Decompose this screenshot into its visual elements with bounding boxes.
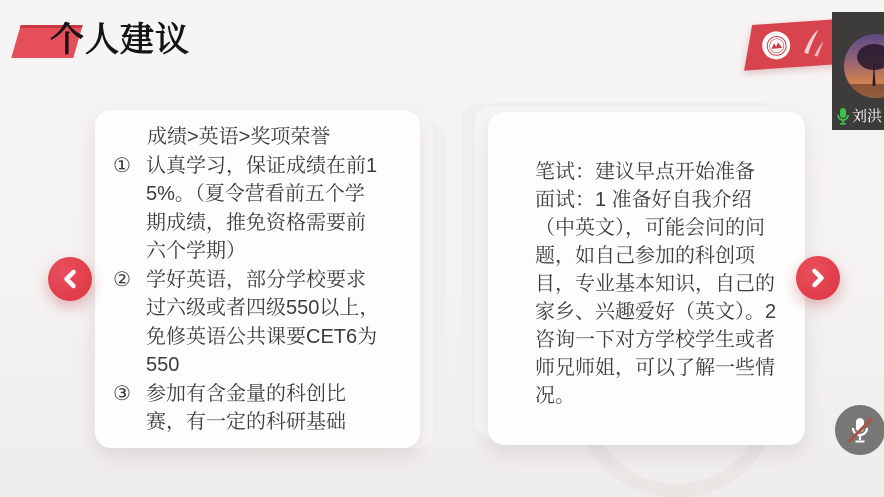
list-item-number: ②	[113, 266, 146, 380]
tree-landscape-image	[844, 34, 884, 98]
participant-avatar	[844, 34, 884, 98]
chevron-right-icon	[809, 267, 827, 289]
prev-slide-button[interactable]	[48, 257, 92, 301]
list-item: ② 学好英语，部分学校要求过六级或者四级550以上，免修英语公共课要CET6为5…	[113, 266, 400, 380]
list-item: ③ 参加有含金量的科创比赛，有一定的科研基础	[113, 380, 400, 437]
participant-name: 刘洪	[852, 105, 882, 126]
slide-canvas: 个人建议	[0, 0, 884, 497]
interview-card-right: 笔试：建议早点开始准备 面试：1 准备好自我介绍（中英文），可能会问的问题，如自…	[488, 112, 805, 445]
mountain-seal-icon	[765, 34, 787, 56]
mic-on-icon	[836, 107, 850, 125]
interview-line: 面试：1 准备好自我介绍（中英文），可能会问的问题，如自己参加的科创项目，专业基…	[535, 186, 777, 410]
chevron-left-icon	[61, 268, 79, 290]
calligraphy-strokes	[798, 25, 827, 66]
list-item-text: 学好英语，部分学校要求过六级或者四级550以上，免修英语公共课要CET6为550	[146, 266, 382, 380]
university-seal-logo	[761, 30, 791, 60]
participant-video-tile[interactable]: 刘洪	[832, 12, 884, 130]
left-card-content: 成绩>英语>奖项荣誉 ① 认真学习，保证成绩在前15%。（夏令营看前五个学期成绩…	[95, 110, 420, 437]
suggestions-card-left: 成绩>英语>奖项荣誉 ① 认真学习，保证成绩在前15%。（夏令营看前五个学期成绩…	[95, 110, 420, 448]
microphone-muted-button[interactable]	[835, 405, 884, 455]
list-item-number: ①	[113, 152, 146, 266]
participant-footer: 刘洪	[836, 105, 882, 126]
right-card-content: 笔试：建议早点开始准备 面试：1 准备好自我介绍（中英文），可能会问的问题，如自…	[488, 112, 805, 410]
list-item-text: 认真学习，保证成绩在前15%。（夏令营看前五个学期成绩，推免资格需要前六个学期）	[146, 152, 382, 266]
list-item-text: 参加有含金量的科创比赛，有一定的科研基础	[146, 380, 382, 437]
brush-stroke-icon	[798, 25, 826, 61]
page-title: 个人建议	[50, 12, 190, 61]
list-item: ① 认真学习，保证成绩在前15%。（夏令营看前五个学期成绩，推免资格需要前六个学…	[113, 152, 400, 266]
next-slide-button[interactable]	[796, 256, 840, 300]
left-card-intro: 成绩>英语>奖项荣誉	[147, 123, 400, 152]
written-test-line: 笔试：建议早点开始准备	[535, 158, 777, 186]
list-item-number: ③	[113, 380, 146, 437]
